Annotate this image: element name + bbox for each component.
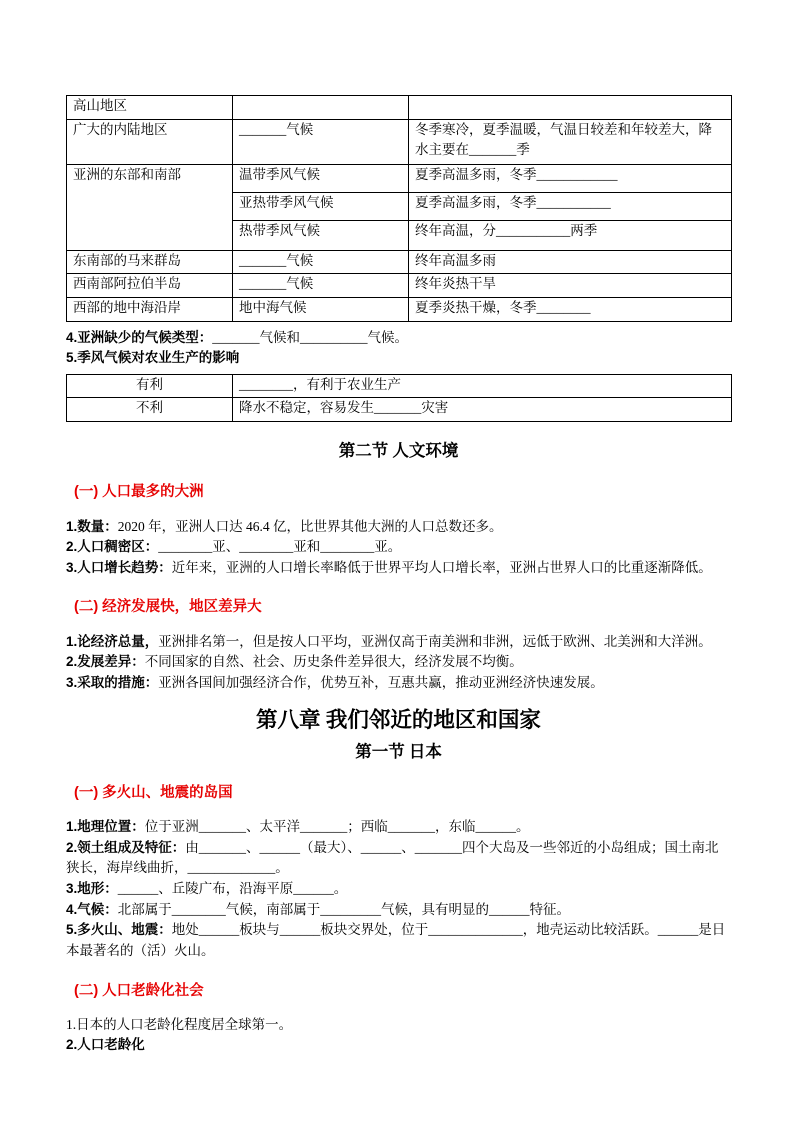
impact-desc-cell: 降水不稳定，容易发生_______灾害	[233, 398, 732, 422]
table-row: 不利 降水不稳定，容易发生_______灾害	[67, 398, 732, 422]
item-text: ______、丘陵广布，沿海平原______。	[118, 881, 348, 896]
description-cell: 冬季寒冷，夏季温暖，气温日较差和年较差大，降水主要在_______季	[409, 119, 732, 164]
item-text: ________亚、________亚和________亚。	[158, 539, 401, 554]
item-text: 近年来，亚洲的人口增长率略低于世界平均人口增长率，亚洲占世界人口的比重逐渐降低。	[172, 560, 712, 575]
table-row: 高山地区	[67, 96, 732, 120]
section-title-japan: 第一节 日本	[66, 739, 731, 764]
description-cell: 夏季高温多雨，冬季____________	[409, 164, 732, 192]
list-item: 1.地理位置：位于亚洲_______、太平洋_______；西临_______，…	[66, 817, 731, 838]
item-text: 不同国家的自然、社会、历史条件差异很大，经济发展不均衡。	[145, 654, 523, 669]
monsoon-impact-table: 有利 ________，有利于农业生产 不利 降水不稳定，容易发生_______…	[66, 374, 732, 422]
list-item: 1.日本的人口老龄化程度居全球第一。	[66, 1015, 731, 1036]
item-label: 2.人口稠密区：	[66, 539, 158, 554]
climate-cell: 亚热带季风气候	[233, 192, 409, 220]
list-item: 2.领土组成及特征：由_______、______（最大）、______、___…	[66, 838, 731, 879]
list-item: 1.论经济总量，亚洲排名第一，但是按人口平均，亚洲仅高于南美洲和非洲，远低于欧洲…	[66, 632, 731, 653]
description-cell	[409, 96, 732, 120]
region-cell: 广大的内陆地区	[67, 119, 233, 164]
description-cell: 终年高温多雨	[409, 250, 732, 274]
document-page: 高山地区 广大的内陆地区 _______气候 冬季寒冷，夏季温暖，气温日较差和年…	[0, 0, 793, 1122]
impact-type-cell: 有利	[67, 374, 233, 398]
climate-cell: _______气候	[233, 119, 409, 164]
table-row: 东南部的马来群岛 _______气候 终年高温多雨	[67, 250, 732, 274]
list-item: 4.气候：北部属于________气候，南部属于_________气候，具有明显…	[66, 900, 731, 921]
list-item: 2.发展差异：不同国家的自然、社会、历史条件差异很大，经济发展不均衡。	[66, 652, 731, 673]
table-row: 西部的地中海沿岸 地中海气候 夏季炎热干燥，冬季________	[67, 297, 732, 321]
list-item-missing-climates: 4.亚洲缺少的气候类型：_______气候和__________气候。	[66, 328, 731, 349]
item-label: 4.气候：	[66, 902, 118, 917]
climate-cell: 地中海气候	[233, 297, 409, 321]
list-item: 2.人口稠密区：________亚、________亚和________亚。	[66, 537, 731, 558]
list-item: 3.人口增长趋势：近年来，亚洲的人口增长率略低于世界平均人口增长率，亚洲占世界人…	[66, 558, 731, 579]
list-item: 2.人口老龄化	[66, 1035, 731, 1056]
item-text: 亚洲排名第一，但是按人口平均，亚洲仅高于南美洲和非洲，远低于欧洲、北美洲和大洋洲…	[158, 634, 712, 649]
impact-type-cell: 不利	[67, 398, 233, 422]
subsection-heading-economic-development: (二) 经济发展快，地区差异大	[74, 596, 731, 618]
description-cell: 夏季炎热干燥，冬季________	[409, 297, 732, 321]
item-label: 4.亚洲缺少的气候类型：	[66, 330, 212, 345]
item-text: 1.日本的人口老龄化程度居全球第一。	[66, 1017, 292, 1032]
region-cell: 高山地区	[67, 96, 233, 120]
table-row: 广大的内陆地区 _______气候 冬季寒冷，夏季温暖，气温日较差和年较差大，降…	[67, 119, 732, 164]
item-label: 3.人口增长趋势：	[66, 560, 172, 575]
chapter-title: 第八章 我们邻近的地区和国家	[66, 705, 731, 735]
item-text: 位于亚洲_______、太平洋_______；西临_______，东临_____…	[145, 819, 530, 834]
impact-desc-cell: ________，有利于农业生产	[233, 374, 732, 398]
item-text: 亚洲各国间加强经济合作，优势互补，互惠共赢，推动亚洲经济快速发展。	[158, 675, 604, 690]
climate-cell: _______气候	[233, 250, 409, 274]
climate-cell: _______气候	[233, 274, 409, 298]
region-cell: 亚洲的东部和南部	[67, 164, 233, 250]
climate-cell: 热带季风气候	[233, 220, 409, 250]
table-row: 亚洲的东部和南部 温带季风气候 夏季高温多雨，冬季____________	[67, 164, 732, 192]
table-row: 有利 ________，有利于农业生产	[67, 374, 732, 398]
table-row: 西南部阿拉伯半岛 _______气候 终年炎热干旱	[67, 274, 732, 298]
description-cell: 终年高温，分___________两季	[409, 220, 732, 250]
list-item: 5.多火山、地震：地处______板块与______板块交界处，位于______…	[66, 920, 731, 961]
description-cell: 终年炎热干旱	[409, 274, 732, 298]
item-label: 1.地理位置：	[66, 819, 145, 834]
item-label: 2.发展差异：	[66, 654, 145, 669]
item-label: 1.论经济总量，	[66, 634, 158, 649]
region-cell: 西南部阿拉伯半岛	[67, 274, 233, 298]
region-cell: 东南部的马来群岛	[67, 250, 233, 274]
item-label: 5.季风气候对农业生产的影响	[66, 350, 239, 365]
subsection-heading-aging-society: (二) 人口老龄化社会	[74, 980, 731, 1002]
section-title-human-environment: 第二节 人文环境	[66, 438, 731, 463]
list-item-monsoon-impact-heading: 5.季风气候对农业生产的影响	[66, 348, 731, 369]
subsection-heading-volcano-island: (一) 多火山、地震的岛国	[74, 782, 731, 804]
list-item: 1.数量：2020 年，亚洲人口达 46.4 亿，比世界其他大洲的人口总数还多。	[66, 517, 731, 538]
asia-climate-table: 高山地区 广大的内陆地区 _______气候 冬季寒冷，夏季温暖，气温日较差和年…	[66, 95, 732, 322]
region-cell: 西部的地中海沿岸	[67, 297, 233, 321]
item-text: 2020 年，亚洲人口达 46.4 亿，比世界其他大洲的人口总数还多。	[118, 519, 503, 534]
item-label: 1.数量：	[66, 519, 118, 534]
climate-cell	[233, 96, 409, 120]
subsection-heading-largest-population: (一) 人口最多的大洲	[74, 481, 731, 503]
item-label: 3.地形：	[66, 881, 118, 896]
item-label: 3.采取的措施：	[66, 675, 158, 690]
item-label: 2.人口老龄化	[66, 1037, 145, 1052]
item-label: 2.领土组成及特征：	[66, 840, 185, 855]
list-item: 3.采取的措施：亚洲各国间加强经济合作，优势互补，互惠共赢，推动亚洲经济快速发展…	[66, 673, 731, 694]
item-text: _______气候和__________气候。	[212, 330, 408, 345]
list-item: 3.地形：______、丘陵广布，沿海平原______。	[66, 879, 731, 900]
description-cell: 夏季高温多雨，冬季___________	[409, 192, 732, 220]
item-text: 北部属于________气候，南部属于_________气候，具有明显的____…	[118, 902, 570, 917]
climate-cell: 温带季风气候	[233, 164, 409, 192]
item-label: 5.多火山、地震：	[66, 922, 172, 937]
